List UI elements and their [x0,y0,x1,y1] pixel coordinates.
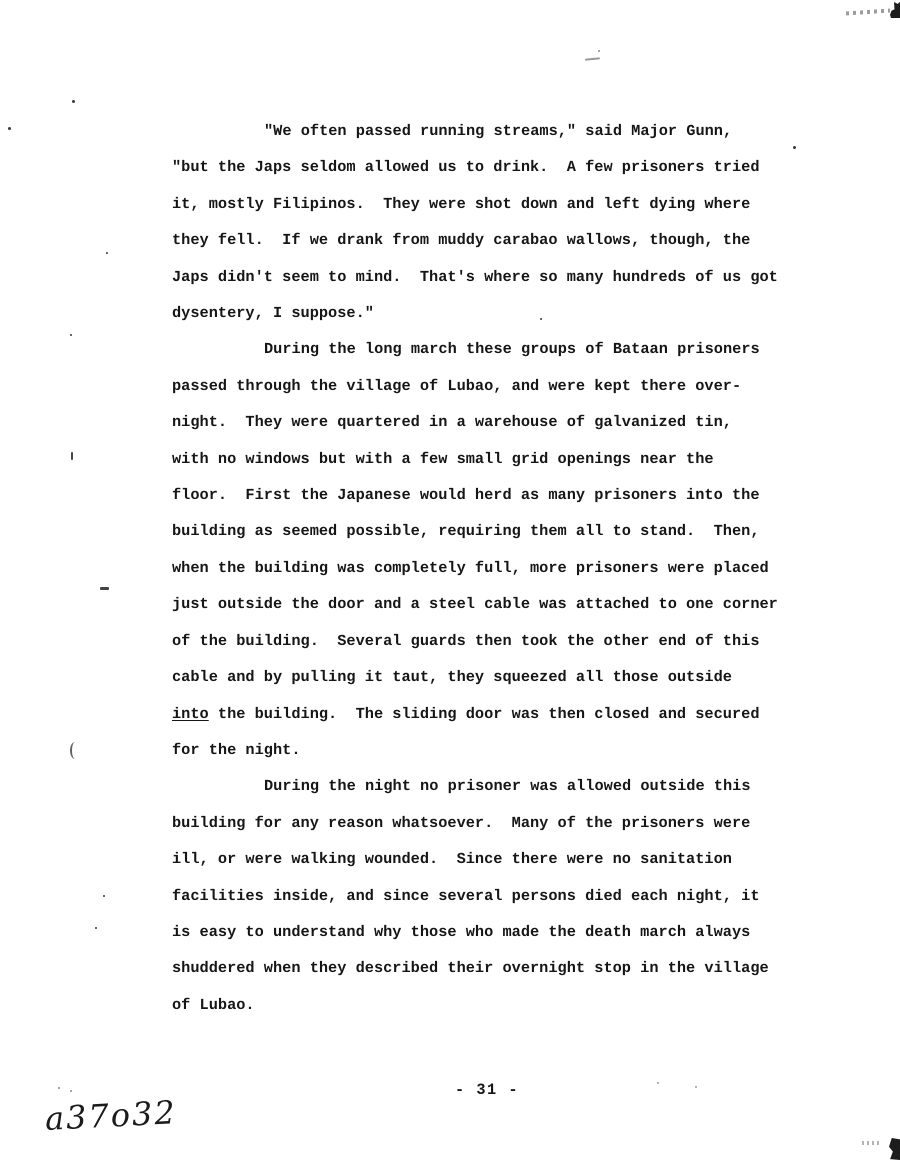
scan-speck [106,252,108,254]
text-line: building for any reason whatsoever. Many… [172,805,804,841]
text-line: of the building. Several guards then too… [172,623,804,659]
text-segment: night. They were quartered in a warehous… [172,413,732,431]
text-segment: when the building was completely full, m… [172,559,769,577]
text-line: "but the Japs seldom allowed us to drink… [172,149,804,185]
text-line: just outside the door and a steel cable … [172,586,804,622]
typewritten-text: "We often passed running streams," said … [172,113,804,1023]
text-line: they fell. If we drank from muddy caraba… [172,222,804,258]
text-line: cable and by pulling it taut, they squee… [172,659,804,695]
text-line: During the night no prisoner was allowed… [172,768,804,804]
scan-mark [100,587,109,590]
scan-speck [72,100,75,103]
text-line: Japs didn't seem to mind. That's where s… [172,259,804,295]
text-segment: they fell. If we drank from muddy caraba… [172,231,750,249]
text-segment: the building. The sliding door was then … [209,705,760,723]
text-line: is easy to understand why those who made… [172,914,804,950]
text-line: with no windows but with a few small gri… [172,441,804,477]
text-segment: During the night no prisoner was allowed… [264,777,751,795]
text-segment: is easy to understand why those who made… [172,923,750,941]
text-line: of Lubao. [172,987,804,1023]
text-line: ill, or were walking wounded. Since ther… [172,841,804,877]
text-segment: for the night. [172,741,301,759]
scan-speck [598,50,600,52]
scan-mark [71,452,73,460]
text-segment: floor. First the Japanese would herd as … [172,486,760,504]
text-line: it, mostly Filipinos. They were shot dow… [172,186,804,222]
page-number: - 31 - [455,1081,519,1099]
scan-speck [70,1090,72,1092]
text-line: facilities inside, and since several per… [172,878,804,914]
text-segment: it, mostly Filipinos. They were shot dow… [172,195,750,213]
text-segment: shuddered when they described their over… [172,959,769,977]
text-segment: with no windows but with a few small gri… [172,450,714,468]
scan-speck [103,895,105,897]
paragraph: During the night no prisoner was allowed… [172,768,804,1023]
text-line: dysentery, I suppose." [172,295,804,331]
underlined-word: into [172,705,209,723]
scan-speck [657,1082,659,1084]
text-line: into the building. The sliding door was … [172,696,804,732]
text-line: building as seemed possible, requiring t… [172,513,804,549]
text-line: shuddered when they described their over… [172,950,804,986]
text-line: night. They were quartered in a warehous… [172,404,804,440]
text-line: passed through the village of Lubao, and… [172,368,804,404]
text-line: when the building was completely full, m… [172,550,804,586]
handwritten-note: a37o32 [44,1093,178,1138]
text-segment: dysentery, I suppose." [172,304,374,322]
scan-smudge-top-right-streak [846,8,890,15]
text-segment: building for any reason whatsoever. Many… [172,814,750,832]
text-segment: "We often passed running streams," said … [264,122,732,140]
paragraph: "We often passed running streams," said … [172,113,804,331]
text-line: floor. First the Japanese would herd as … [172,477,804,513]
paragraph: During the long march these groups of Ba… [172,331,804,768]
scan-smudge-bottom-right-blob [889,1138,900,1160]
text-segment: During the long march these groups of Ba… [264,340,760,358]
text-segment: building as seemed possible, requiring t… [172,522,760,540]
scan-speck [95,927,97,929]
text-segment: passed through the village of Lubao, and… [172,377,741,395]
text-line: "We often passed running streams," said … [172,113,804,149]
text-segment: of Lubao. [172,996,255,1014]
scan-speck [695,1086,697,1088]
scan-speck [540,318,542,320]
text-segment: cable and by pulling it taut, they squee… [172,668,732,686]
text-segment: "but the Japs seldom allowed us to drink… [172,158,760,176]
scan-speck [8,127,11,130]
scan-mark [585,57,600,60]
scan-mark-left-margin [70,742,80,759]
text-segment: just outside the door and a steel cable … [172,595,778,613]
text-line: During the long march these groups of Ba… [172,331,804,367]
scan-smudge-bottom-right-dots [862,1141,880,1145]
scan-speck [793,146,796,149]
text-segment: facilities inside, and since several per… [172,887,760,905]
text-segment: of the building. Several guards then too… [172,632,760,650]
text-segment: ill, or were walking wounded. Since ther… [172,850,732,868]
scanned-document-page: "We often passed running streams," said … [0,0,900,1166]
scan-speck [58,1087,60,1089]
scan-smudge-top-right-blob [890,2,900,18]
scan-speck [70,334,72,336]
text-line: for the night. [172,732,804,768]
text-segment: Japs didn't seem to mind. That's where s… [172,268,778,286]
